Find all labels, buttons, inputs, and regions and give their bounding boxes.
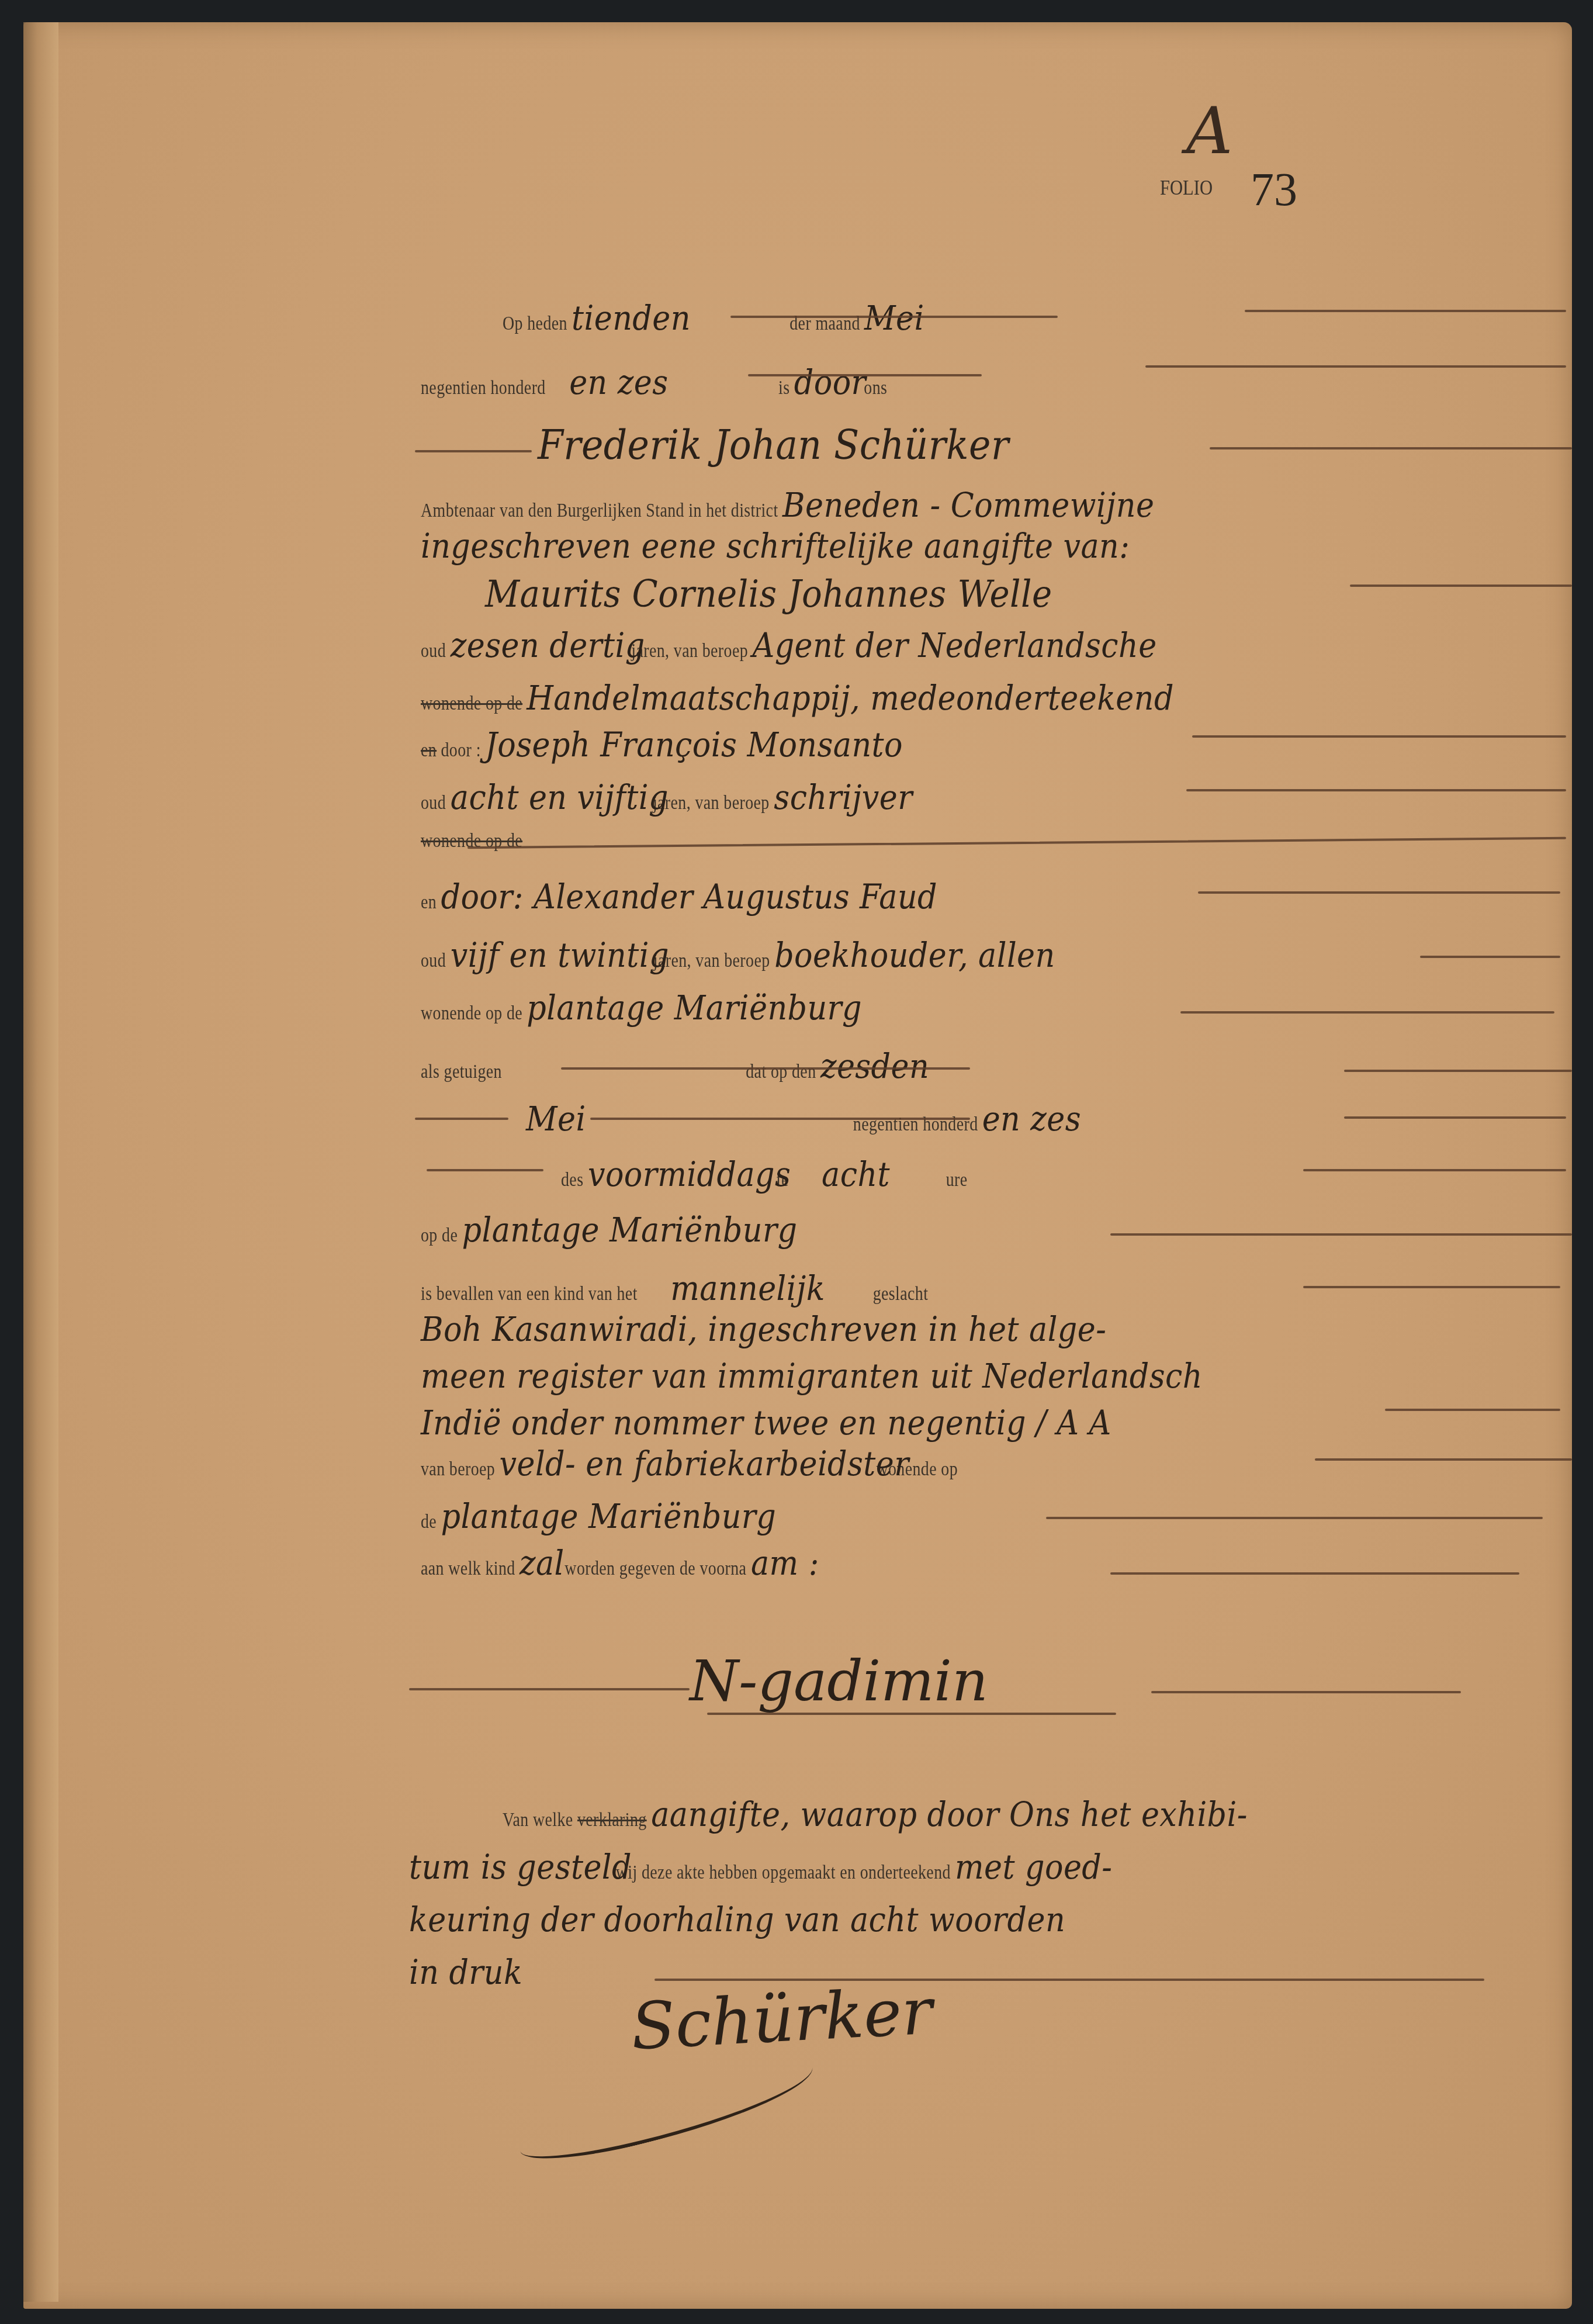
line-registrar-name: Frederik Johan Schürker bbox=[538, 421, 966, 469]
line-declarant-1: Maurits Cornelis Johannes Welle bbox=[485, 573, 1000, 616]
line-closing-2: tum is gesteld wij deze akte hebben opge… bbox=[409, 1847, 1098, 1887]
line-given-name: aan welk kind zal worden gegeven de voor… bbox=[421, 1543, 813, 1583]
line-birth-place: op de plantage Mariënburg bbox=[421, 1210, 767, 1250]
line-sex: is bevallen van een kind van het manneli… bbox=[421, 1268, 928, 1308]
line-mother-1: Boh Kasanwiradi, ingeschreven in het alg… bbox=[421, 1309, 1044, 1349]
line-mother-3: Indië onder nommer twee en negentig / A … bbox=[421, 1403, 1048, 1443]
page-binding-edge bbox=[23, 22, 58, 2302]
hand-month: Mei bbox=[864, 298, 924, 338]
line-mother-residence: de plantage Mariënburg bbox=[421, 1496, 746, 1536]
line-residence-1: wonende op de Handelmaatschappij, medeon… bbox=[421, 678, 1115, 718]
folio-number: 73 bbox=[1251, 164, 1297, 217]
hand-day: tienden bbox=[572, 298, 691, 338]
line-date: Op heden tienden der maand Mei bbox=[503, 298, 919, 338]
child-given-name: N-gadimin bbox=[690, 1648, 988, 1714]
line-district: Ambtenaar van den Burgerlijken Stand in … bbox=[421, 485, 1120, 525]
line-age-2: oud acht en vijftig jaren, van beroep sc… bbox=[421, 777, 900, 817]
folio-annotation-mark: A bbox=[1186, 94, 1232, 168]
line-mother-occupation: van beroep veld- en fabriekarbeidster wo… bbox=[421, 1444, 958, 1483]
line-witnesses-birthday: als getuigen dat op den zesden bbox=[421, 1046, 919, 1086]
line-closing-4: in druk bbox=[409, 1952, 512, 1992]
line-mother-2: meen register van immigranten uit Nederl… bbox=[421, 1356, 1131, 1396]
line-closing-1: Van welke verklaring aangifte, waarop do… bbox=[503, 1794, 1193, 1834]
line-registration-note: ingeschreven eene schriftelijke aangifte… bbox=[421, 526, 1065, 566]
line-closing-3: keuring der doorhaling van acht woorden bbox=[409, 1900, 1006, 1939]
line-witness: en door: Alexander Augustus Faud bbox=[421, 877, 892, 917]
folio-label: FOLIO bbox=[1160, 175, 1213, 200]
line-age-1: oud zesen dertig jaren, van beroep Agent… bbox=[421, 625, 1120, 665]
line-declarant-2: en door : Joseph François Monsanto bbox=[421, 725, 865, 765]
line-age-3: oud vijf en twintig jaren, van beroep bo… bbox=[421, 935, 1030, 975]
line-year: negentien honderd en zes is door ons bbox=[421, 362, 887, 402]
line-residence-3: wonende op de plantage Mariënburg bbox=[421, 988, 832, 1028]
line-residence-2: wonende op de bbox=[421, 830, 522, 852]
line-birth-time: des voormiddags te acht ure bbox=[561, 1154, 967, 1194]
